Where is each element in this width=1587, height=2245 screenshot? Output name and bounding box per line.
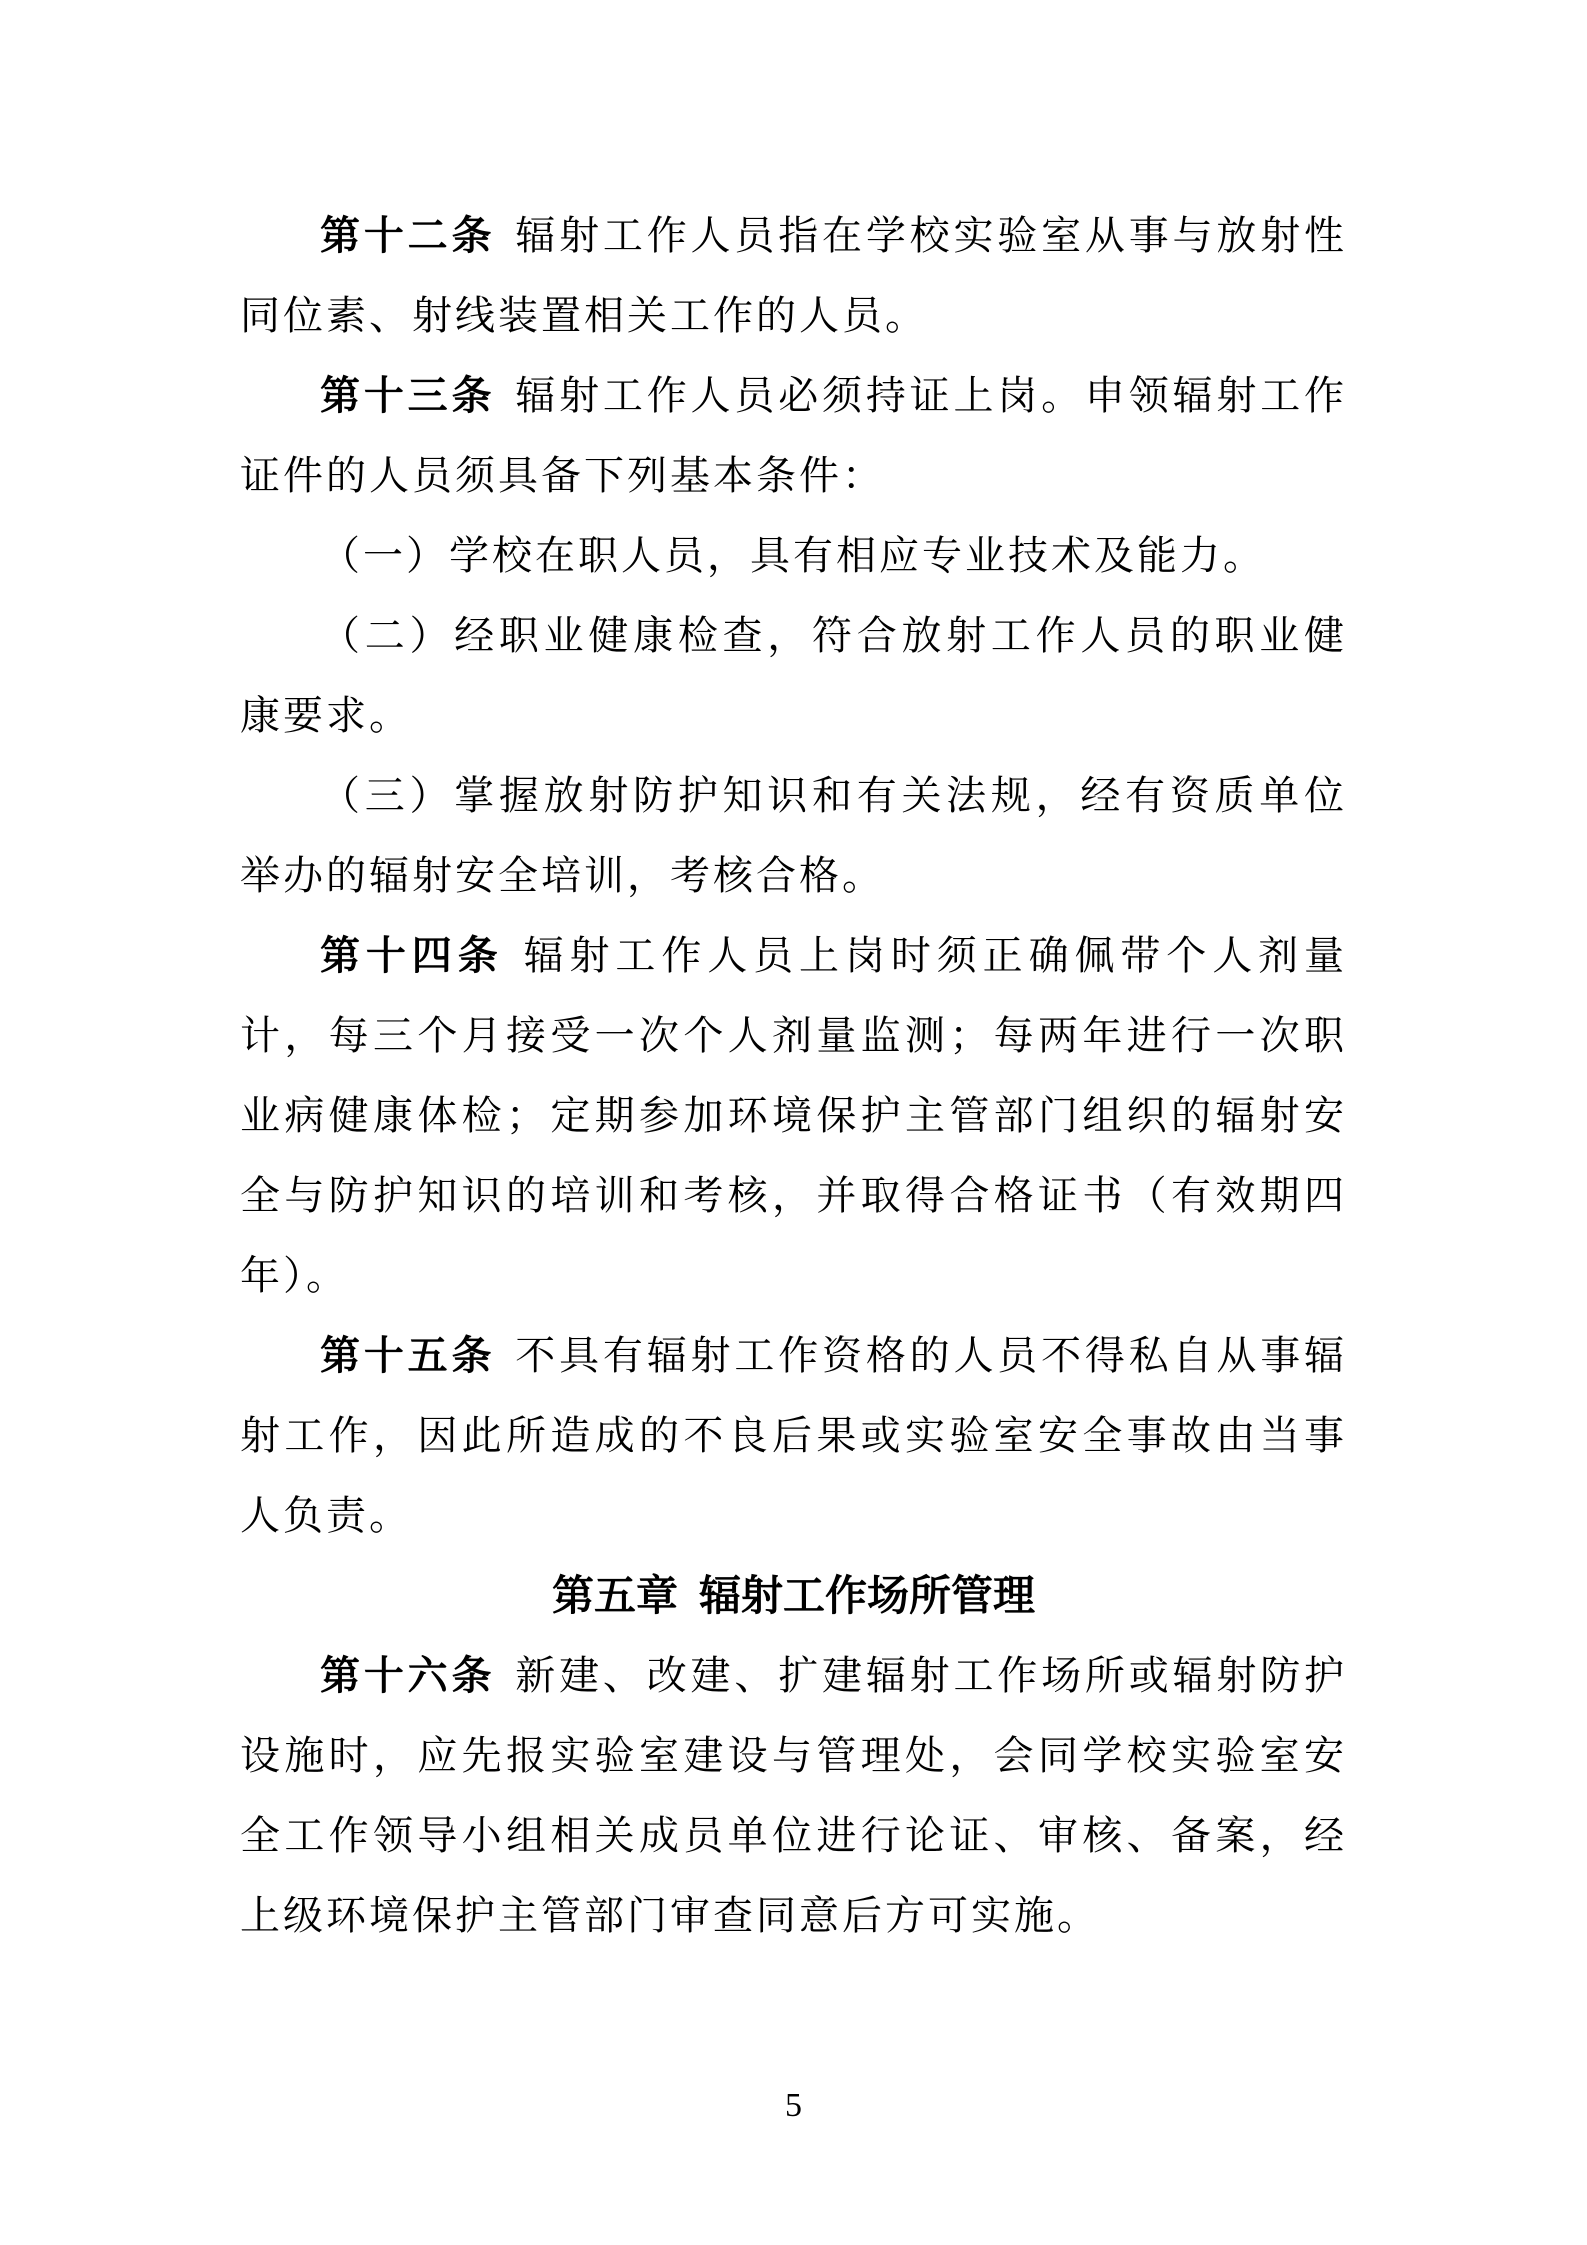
condition-item-1: （一）学校在职人员，具有相应专业技术及能力。 <box>240 516 1347 596</box>
article-13-number: 第十三条 <box>320 374 495 418</box>
article-15-number: 第十五条 <box>320 1334 495 1378</box>
page-footer: 5 <box>0 2086 1587 2126</box>
article-14-paragraph: 第十四条辐射工作人员上岗时须正确佩带个人剂量计，每三个月接受一次个人剂量监测；每… <box>240 916 1347 1316</box>
article-15-paragraph: 第十五条不具有辐射工作资格的人员不得私自从事辐射工作，因此所造成的不良后果或实验… <box>240 1316 1347 1556</box>
article-13-paragraph: 第十三条辐射工作人员必须持证上岗。申领辐射工作证件的人员须具备下列基本条件： <box>240 356 1347 516</box>
condition-item-3: （三）掌握放射防护知识和有关法规，经有资质单位举办的辐射安全培训，考核合格。 <box>240 756 1347 916</box>
article-14-text: 辐射工作人员上岗时须正确佩带个人剂量计，每三个月接受一次个人剂量监测；每两年进行… <box>240 933 1347 1298</box>
condition-item-2: （二）经职业健康检查，符合放射工作人员的职业健康要求。 <box>240 596 1347 756</box>
condition-item-3-text: （三）掌握放射防护知识和有关法规，经有资质单位举办的辐射安全培训，考核合格。 <box>240 773 1347 898</box>
article-16-number: 第十六条 <box>320 1654 495 1698</box>
document-body: 第十二条辐射工作人员指在学校实验室从事与放射性同位素、射线装置相关工作的人员。 … <box>240 196 1347 1956</box>
article-14-number: 第十四条 <box>320 934 504 978</box>
condition-item-2-text: （二）经职业健康检查，符合放射工作人员的职业健康要求。 <box>240 613 1347 738</box>
article-12-number: 第十二条 <box>320 214 495 258</box>
page-number: 5 <box>785 2087 802 2124</box>
condition-item-1-text: （一）学校在职人员，具有相应专业技术及能力。 <box>320 533 1266 578</box>
document-page: 第十二条辐射工作人员指在学校实验室从事与放射性同位素、射线装置相关工作的人员。 … <box>0 0 1587 2245</box>
chapter-5-number: 第五章 <box>552 1572 678 1619</box>
article-16-paragraph: 第十六条新建、改建、扩建辐射工作场所或辐射防护设施时，应先报实验室建设与管理处，… <box>240 1636 1347 1956</box>
article-12-paragraph: 第十二条辐射工作人员指在学校实验室从事与放射性同位素、射线装置相关工作的人员。 <box>240 196 1347 356</box>
chapter-5-heading: 第五章辐射工作场所管理 <box>240 1556 1347 1636</box>
chapter-5-title: 辐射工作场所管理 <box>699 1572 1035 1619</box>
